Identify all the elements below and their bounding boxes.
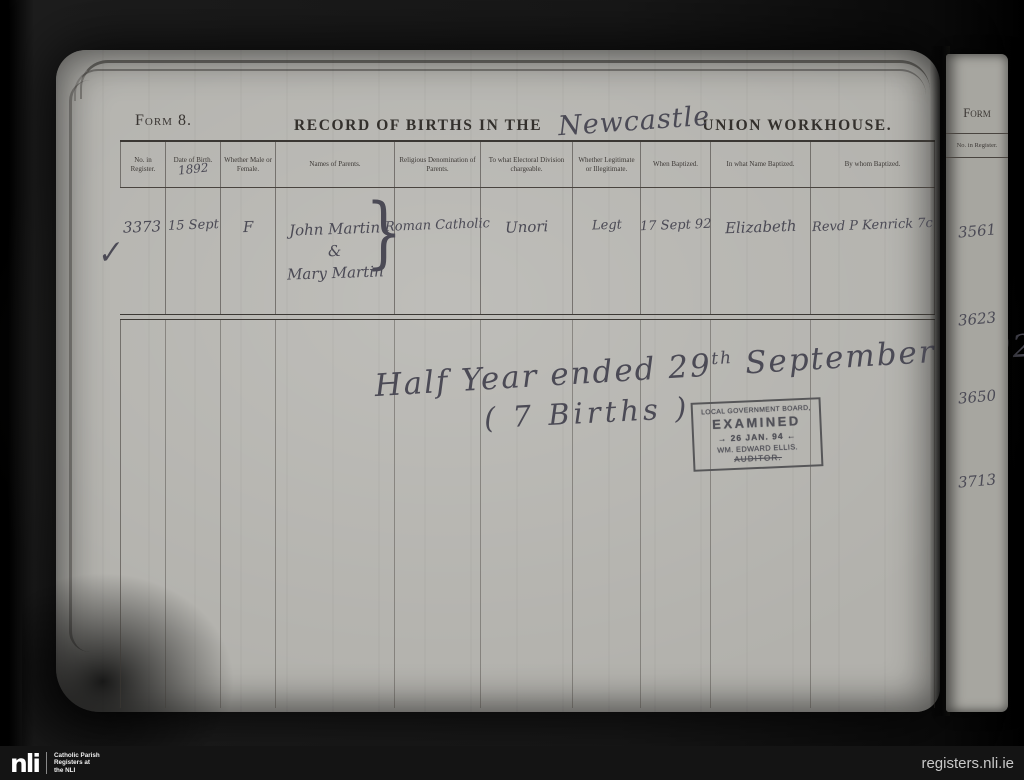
nli-logo-caption: Catholic Parish Registers at the NLI	[54, 752, 100, 775]
sex-cell: F	[221, 188, 276, 314]
year-annotation: 1892	[177, 163, 208, 175]
workhouse-name-handwritten: Newcastle	[557, 101, 711, 143]
baptized-by-cell: Revd P Kenrick 7c	[811, 188, 935, 314]
column-header: Names of Parents.	[276, 142, 395, 187]
register-number-cell: 3373	[120, 188, 166, 314]
nli-logo-text: nli	[10, 751, 39, 776]
baptism-name-cell: Elizabeth	[711, 188, 811, 314]
examined-stamp: LOCAL GOVERNMENT BOARD, EXAMINED → 26 JA…	[691, 397, 824, 472]
table-header-row: No. in Register. Date of Birth. 1892 Whe…	[120, 140, 935, 188]
logo-divider	[46, 752, 47, 774]
when-baptized-cell: 17 Sept 92	[641, 188, 711, 314]
column-header: Whether Male or Female.	[221, 142, 276, 187]
column-header: To what Electoral Division chargeable.	[481, 142, 573, 187]
register-page: Form 8. RECORD OF BIRTHS IN THE Newcastl…	[56, 50, 940, 712]
next-page-register-number: 3623	[957, 308, 997, 329]
date-of-birth-cell: 15 Sept	[166, 188, 221, 314]
scan-background: Form 8. RECORD OF BIRTHS IN THE Newcastl…	[0, 0, 1024, 746]
column-header: In what Name Baptized.	[711, 142, 811, 187]
table-row: ✓ 3373 15 Sept F John Martin & Mary Mart…	[120, 188, 935, 314]
column-header: No. in Register.	[120, 142, 166, 187]
next-page-form-label: Form	[946, 106, 1008, 121]
column-header: When Baptized.	[641, 142, 711, 187]
electoral-division-cell: Unori	[481, 188, 573, 314]
next-page-edge: Form No. in Register. 3561 3623 3650 371…	[946, 54, 1008, 712]
legitimacy-cell: Legt	[573, 188, 641, 314]
column-header: Date of Birth. 1892	[166, 142, 221, 187]
site-url-watermark: registers.nli.ie	[921, 755, 1014, 772]
column-header: Whether Legitimate or Illegitimate.	[573, 142, 641, 187]
page-title: RECORD OF BIRTHS IN THE Newcastle UNION …	[294, 106, 892, 137]
next-page-register-number: 3561	[957, 220, 997, 241]
form-number-label: Form 8.	[135, 112, 192, 130]
title-printed-left: RECORD OF BIRTHS IN THE	[294, 117, 542, 135]
title-printed-right: UNION WORKHOUSE.	[702, 117, 892, 135]
page-edge-rim	[80, 60, 930, 99]
next-page-register-number: 3650	[957, 386, 997, 407]
site-footer-bar: nli Catholic Parish Registers at the NLI…	[0, 746, 1024, 780]
column-header: Religious Denomination of Parents.	[395, 142, 481, 187]
page-edge-rim	[69, 80, 90, 652]
page-edge-rim	[74, 69, 926, 101]
column-header: By whom Baptized.	[811, 142, 935, 187]
parents-cell: John Martin & Mary Martin }	[276, 188, 395, 314]
next-page-column-header: No. in Register.	[946, 133, 1008, 158]
religion-cell: Roman Catholic	[395, 188, 481, 314]
nli-logo: nli Catholic Parish Registers at the NLI	[10, 751, 100, 776]
next-page-register-number: 3713	[957, 470, 997, 491]
